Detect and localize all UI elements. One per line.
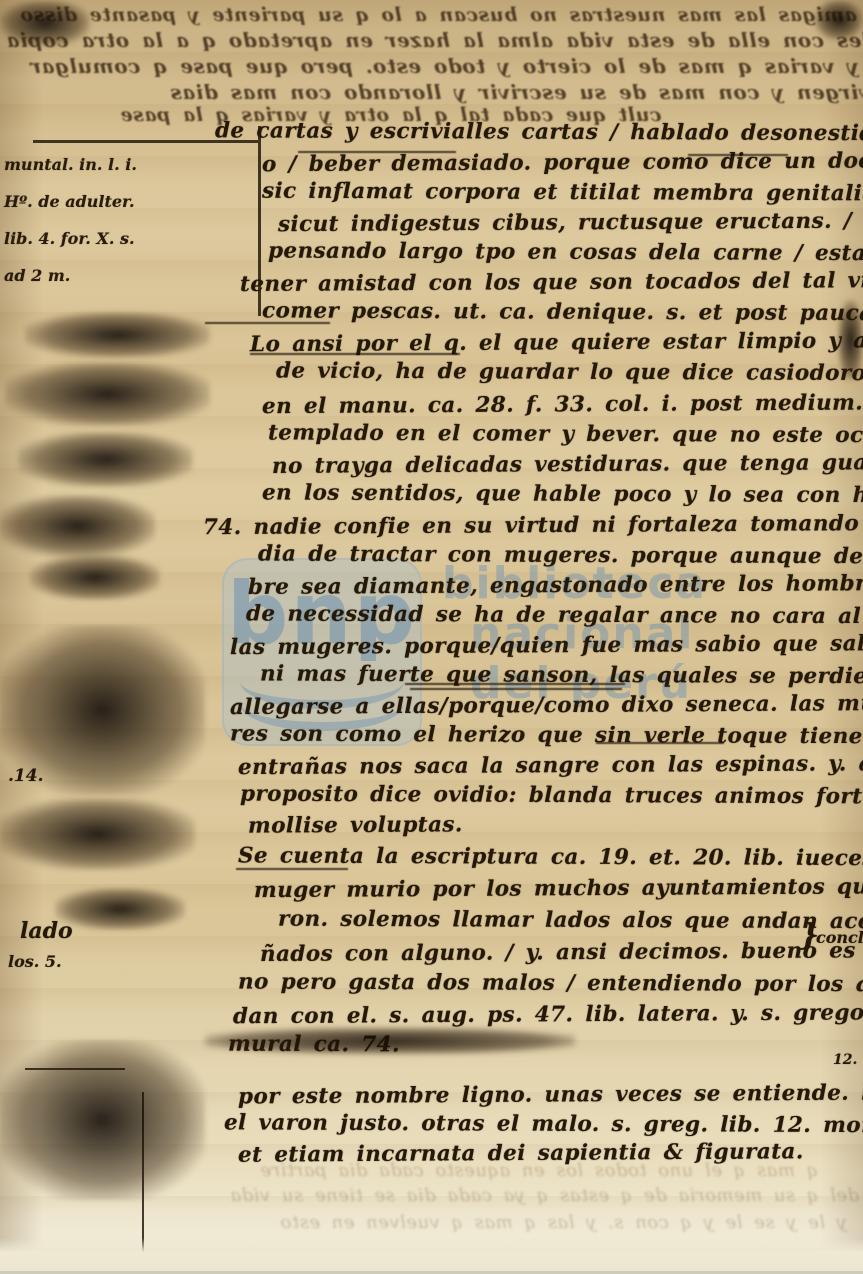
ink-smudge [0,0,90,46]
strikeout-smudge [205,1028,575,1054]
manuscript-line: bre sea diamante, engastonado entre los … [248,571,863,600]
margin-note-line: ad 2 m. [4,257,254,294]
manuscript-line: en el manu. ca. 28. f. 33. col. i. post … [262,390,863,419]
bleedthrough-line: q hazer mistades con ella de esta vida a… [6,28,863,52]
manuscript-page: y mas amigas las mas nuestras no buscan … [0,0,863,1274]
underline-mark [236,868,348,870]
underline-mark [596,742,724,744]
ink-smudge [815,0,863,40]
bleedthrough-line: ala virgen y con mas de su escrivir y ll… [170,80,863,104]
underline-mark [298,151,456,153]
manuscript-line: las mugeres. porque/quien fue mas sabio … [230,631,863,660]
ink-smudge [30,555,160,600]
margin-note: muntal. in. l. i. Hº. de adulter. lib. 4… [4,146,254,294]
manuscript-line: en los sentidos, que hable poco y lo sea… [262,480,863,508]
ink-smudge [0,798,195,870]
ink-smudge [18,432,193,487]
manuscript-line: sicut indigestus cibus, ructusque eructa… [278,208,863,237]
underline-mark [250,353,460,355]
underline-mark [405,683,625,685]
manuscript-line: no pero gasta dos malos / entendiendo po… [238,969,863,997]
margin-note-line: lib. 4. for. X. s. [4,220,254,257]
manuscript-line: comer pescas. ut. ca. denique. s. et pos… [262,298,863,326]
underline-mark [410,688,622,690]
margin-reference: los. 5. [8,952,62,971]
bleedthrough-line: Juntos. aquellas y varias q mas de lo ci… [30,54,863,78]
ink-smudge [5,362,210,426]
manuscript-line: 74. nadie confie en su virtud ni fortale… [203,511,863,540]
manuscript-line: dia de tractar con mugeres. porque aunqu… [258,542,863,570]
bleedthrough-faint-line: un varon del q su memoria de q estas q y… [230,1185,863,1206]
underline-mark [205,322,330,324]
margin-note-line: muntal. in. l. i. [4,146,254,183]
manuscript-line: ron. solemos llamar lados alos que andan… [278,907,863,935]
ink-smudge [0,625,205,795]
manuscript-line: ñados con alguno. / y. ansi decimos. bue… [260,938,863,967]
manuscript-line: tener amistad con los que son tocados de… [240,268,863,297]
manuscript-line: pensando largo tpo en cosas dela carne /… [268,238,863,266]
manuscript-line: ni mas fuerte que sanson, las quales se … [260,661,863,689]
ink-smudge [0,495,155,557]
manuscript-line: muger murio por los muchos ayuntamientos… [254,874,863,903]
underline-mark [688,154,788,156]
ink-smudge [838,300,863,380]
bleedthrough-line: y mas amigas las mas nuestras no buscan … [20,4,863,26]
manuscript-line: no trayga delicadas vestiduras. que teng… [272,450,863,479]
right-margin-word: concl [816,928,863,947]
manuscript-line: por este nombre ligno. unas veces se ent… [238,1080,863,1110]
manuscript-line: de necessidad se ha de regalar ance no c… [246,601,863,629]
manuscript-line: de cartas y escrivialles cartas / hablad… [215,118,863,146]
ink-smudge [55,888,185,930]
manuscript-line: templado en el comer y bever. que no est… [268,420,863,448]
bleedthrough-faint-line: y le y se le y q con s. y las q mas q vu… [280,1212,847,1233]
manuscript-line: entrañas nos saca la sangre con las espi… [238,751,863,780]
manuscript-line: el varon justo. otras el malo. s. greg. … [224,1110,863,1138]
manuscript-line: allegarse a ellas/porque/como dixo senec… [230,691,863,720]
ink-smudge [25,312,210,358]
manuscript-line: mollise voluptas. [248,812,463,838]
margin-note-line: Hº. de adulter. [4,183,254,220]
manuscript-line: res son como el herizo que sin verle toq… [230,721,863,749]
manuscript-line: sic inflamat corpora et titilat membra g… [262,179,863,207]
right-margin-number: 12. [833,1052,857,1068]
manuscript-line: proposito dice ovidio: blanda truces ani… [240,782,863,810]
bleedthrough-faint-line: q mas q el uno todos los en aquesto cada… [260,1160,818,1181]
manuscript-line: de vicio, ha de guardar lo que dice casi… [276,358,863,386]
ink-smudge [0,1040,205,1200]
bottom-paper-strip [0,1238,863,1274]
manuscript-line: dan con el. s. aug. ps. 47. lib. latera.… [233,1000,863,1030]
